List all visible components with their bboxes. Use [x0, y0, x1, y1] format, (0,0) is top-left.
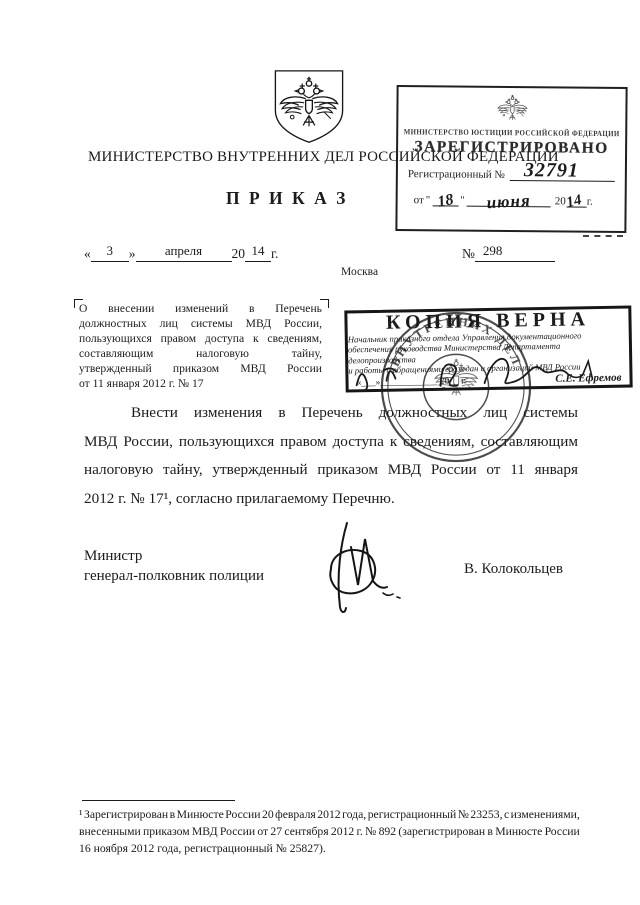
footnote-divider [82, 800, 235, 801]
text-line: ОвнесенииизмененийвПеречень [79, 302, 322, 317]
footnote-text: ¹ЗарегистрированвМинюстеРоссии20февраля2… [79, 807, 580, 857]
reg-date-day-handwritten: 18 [436, 191, 455, 212]
reg-stamp-registered-label: ЗАРЕГИСТРИРОВАНО [398, 138, 625, 158]
signer-position: Министр генерал-полковник полиции [84, 546, 264, 586]
reg-date-from: от [414, 194, 424, 206]
subject-block: ОвнесенииизмененийвПереченьдолжностныхли… [79, 302, 322, 391]
round-seal-stamp: ВНУТРЕННИХ ДЕЛ [378, 309, 534, 465]
reg-number-blank: 32791 [510, 163, 615, 182]
minister-signature-scribble [317, 517, 413, 617]
reg-date-month-blank: июня [467, 191, 551, 208]
date-month-blank: апреля [136, 245, 232, 262]
reg-date-year-handwritten: 14 [565, 192, 584, 212]
text-line: 2012 г. № 17¹, согласно прилагаемому Пер… [84, 485, 578, 514]
text-line: составляющимналоговуютайну, [79, 347, 322, 362]
signer-position-line2: генерал-полковник полиции [84, 566, 264, 586]
date-year-blank: 14 [245, 245, 271, 262]
reg-date-open-quote: " [426, 194, 431, 206]
text-line: пользующихсяправомдоступаксведениям, [79, 332, 322, 347]
number-sign: № [462, 246, 475, 262]
date-open-quote: « [84, 246, 91, 262]
text-line: 16 ноября 2012 года, регистрационный № 2… [79, 841, 580, 858]
date-day: 3 [107, 243, 114, 258]
date-year-suffix: г. [271, 246, 278, 262]
reg-date-year-blank: 14 [567, 191, 587, 207]
reg-date-day-blank: 18 [432, 190, 458, 206]
reg-number-handwritten: 32791 [524, 159, 579, 182]
text-line: от 11 января 2012 г. № 17 [79, 377, 322, 392]
date-day-blank: 3 [91, 245, 129, 262]
reg-stamp-number-row: Регистрационный № 32791 [398, 162, 625, 182]
signer-name: В. Колокольцев [464, 561, 563, 578]
city-label: Москва [341, 266, 378, 278]
date-year: 14 [252, 243, 265, 258]
text-line: внесеннымиприказомМВДРоссииот27сентября2… [79, 824, 580, 841]
signer-position-line1: Министр [84, 546, 264, 566]
text-line: утвержденныйприказомМВДРоссии [79, 362, 322, 377]
number-blank: 298 [475, 245, 555, 262]
copy-stamp-signer-name: С.Е. Ефремов [555, 372, 621, 385]
document-date-line: « 3 » апреля 20 14 г. [84, 245, 278, 262]
date-year-prefix: 20 [232, 246, 246, 262]
reg-date-close-quote: " [460, 195, 465, 207]
date-close-quote: » [129, 246, 136, 262]
reg-date-year-suffix: г. [587, 196, 593, 208]
justice-eagle-icon [495, 93, 529, 123]
coat-of-arms-icon [267, 66, 351, 148]
document-type-heading: П Р И К А З [226, 188, 348, 209]
date-month: апреля [165, 243, 202, 258]
subject-corner-left [74, 299, 83, 308]
text-line: должностныхлицсистемыМВДРоссии, [79, 317, 322, 332]
reg-date-year-prefix: 20 [555, 195, 566, 207]
document-number-line: № 298 [462, 245, 555, 262]
document-page: МИНИСТЕРСТВО ВНУТРЕННИХ ДЕЛ РОССИЙСКОЙ Ф… [0, 0, 640, 905]
subject-corner-right [320, 299, 329, 308]
reg-number-label: Регистрационный № [408, 168, 505, 181]
justice-registration-stamp: МИНИСТЕРСТВО ЮСТИЦИИ РОССИЙСКОЙ ФЕДЕРАЦИ… [395, 85, 627, 233]
stamp-scan-dashes [583, 235, 623, 237]
text-line: ¹ЗарегистрированвМинюстеРоссии20февраля2… [79, 807, 580, 824]
reg-stamp-ministry: МИНИСТЕРСТВО ЮСТИЦИИ РОССИЙСКОЙ ФЕДЕРАЦИ… [398, 128, 625, 138]
reg-stamp-date-row: от " 18 " июня 20 14 г. [398, 190, 625, 208]
reg-date-month-handwritten: июня [486, 191, 531, 214]
document-number: 298 [483, 243, 503, 258]
